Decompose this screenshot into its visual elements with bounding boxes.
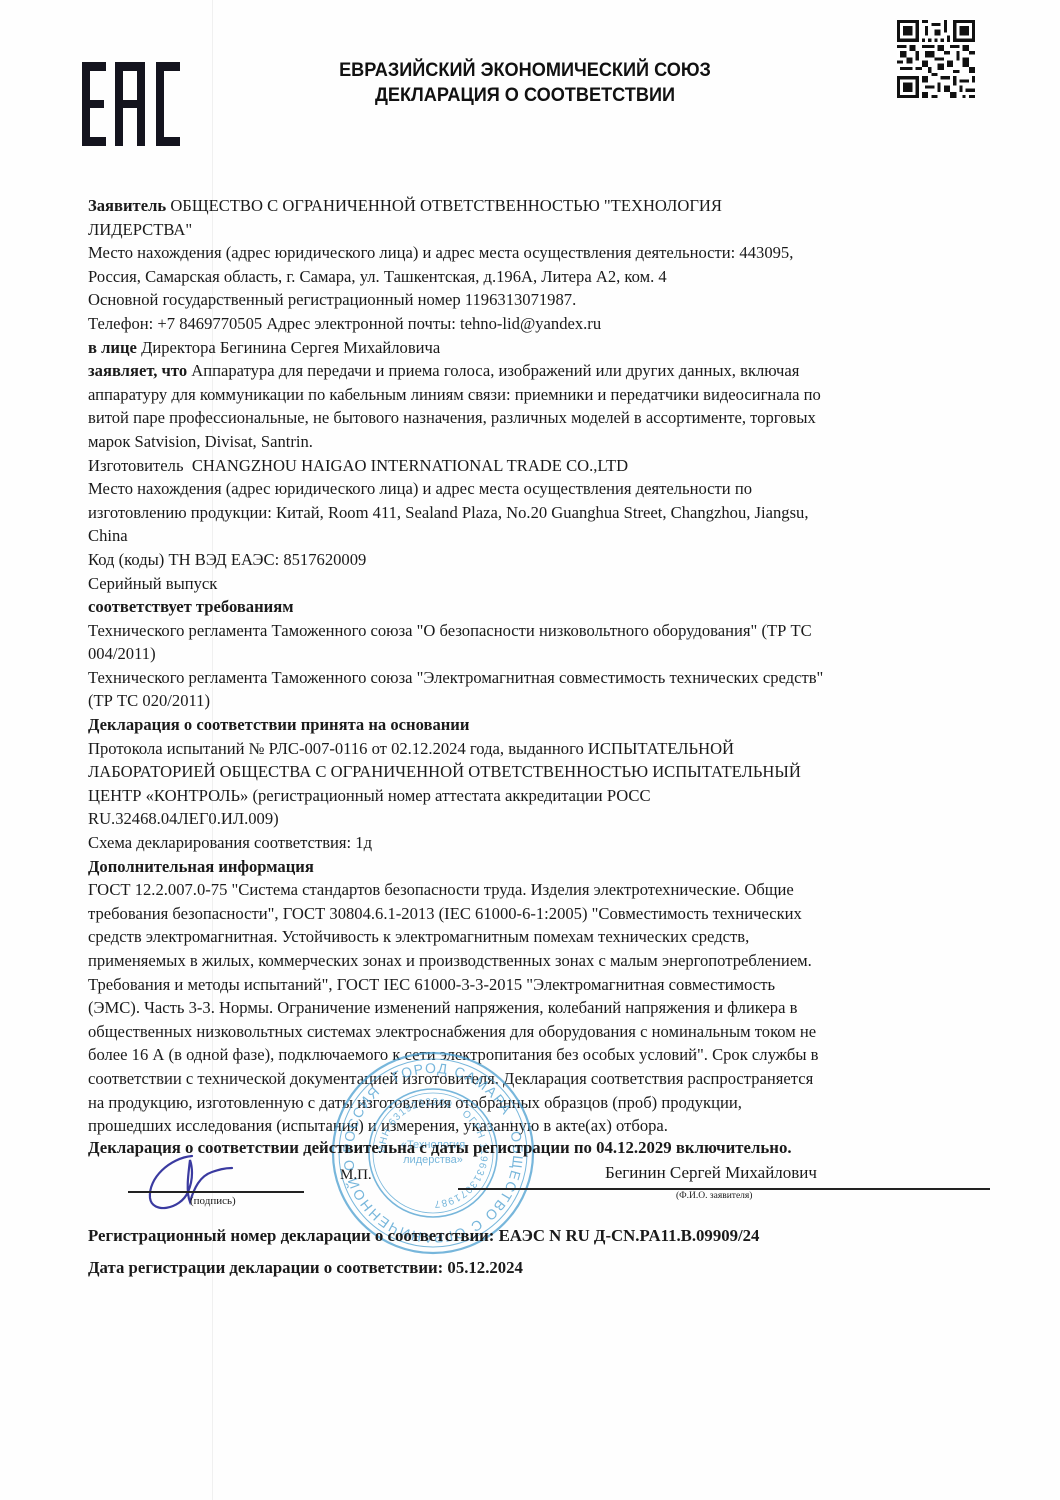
title-union: ЕВРАЗИЙСКИЙ ЭКОНОМИЧЕСКИЙ СОЮЗ bbox=[260, 58, 790, 83]
document-title: ЕВРАЗИЙСКИЙ ЭКОНОМИЧЕСКИЙ СОЮЗ ДЕКЛАРАЦИ… bbox=[260, 58, 790, 108]
applicant-full-name: Бегинин Сергей Михайлович bbox=[605, 1163, 817, 1183]
requirement-2-line-1: Технического регламента Таможенного союз… bbox=[88, 666, 988, 690]
declares-line-1: заявляет, что Аппаратура для передачи и … bbox=[88, 359, 988, 383]
declaration-scheme: Схема декларирования соответствия: 1д bbox=[88, 831, 988, 855]
applicant-address-2: Россия, Самарская область, г. Самара, ул… bbox=[88, 265, 988, 289]
hs-code: Код (коды) ТН ВЭД ЕАЭС: 8517620009 bbox=[88, 548, 988, 572]
additional-line-1: ГОСТ 12.2.007.0-75 "Система стандартов б… bbox=[88, 878, 988, 902]
manufacturer-line: Изготовитель CHANGZHOU HAIGAO INTERNATIO… bbox=[88, 454, 988, 478]
registration-number: Регистрационный номер декларации о соотв… bbox=[88, 1226, 759, 1246]
additional-heading: Дополнительная информация bbox=[88, 855, 988, 879]
basis-line-2: ЛАБОРАТОРИЕЙ ОБЩЕСТВА С ОГРАНИЧЕННОЙ ОТВ… bbox=[88, 760, 988, 784]
full-name-caption: (Ф.И.О. заявителя) bbox=[676, 1191, 752, 1201]
registration-date: Дата регистрации декларации о соответств… bbox=[88, 1258, 523, 1278]
additional-line-6: (ЭМС). Часть 3-3. Нормы. Ограничение изм… bbox=[88, 996, 988, 1020]
declaration-body: Заявитель ОБЩЕСТВО С ОГРАНИЧЕННОЙ ОТВЕТС… bbox=[88, 194, 988, 1138]
applicant-contacts: Телефон: +7 8469770505 Адрес электронной… bbox=[88, 312, 988, 336]
manufacturer-name: CHANGZHOU HAIGAO INTERNATIONAL TRADE CO.… bbox=[192, 456, 628, 475]
applicant-name-cont: ЛИДЕРСТВА" bbox=[88, 218, 988, 242]
additional-line-7: общественных низковольтных системах элек… bbox=[88, 1020, 988, 1044]
additional-line-5: Требования и методы испытаний", ГОСТ IEC… bbox=[88, 973, 988, 997]
declares-line-3: витой паре профессиональные, не бытового… bbox=[88, 406, 988, 430]
declaration-page: ЕВРАЗИЙСКИЙ ЭКОНОМИЧЕСКИЙ СОЮЗ ДЕКЛАРАЦИ… bbox=[0, 0, 1060, 1500]
requirement-2-line-2: (ТР ТС 020/2011) bbox=[88, 689, 988, 713]
qr-code-icon[interactable] bbox=[897, 20, 975, 98]
applicant-line: Заявитель ОБЩЕСТВО С ОГРАНИЧЕННОЙ ОТВЕТС… bbox=[88, 194, 988, 218]
signature-line bbox=[128, 1191, 304, 1193]
full-name-line bbox=[458, 1188, 990, 1190]
declares-label: заявляет, что bbox=[88, 361, 187, 380]
declares-line-2: аппаратуру для коммуникации по кабельным… bbox=[88, 383, 988, 407]
additional-line-3: средств электромагнитная. Устойчивость к… bbox=[88, 925, 988, 949]
applicant-ogrn: Основной государственный регистрационный… bbox=[88, 288, 988, 312]
additional-line-2: требования безопасности", ГОСТ 30804.6.1… bbox=[88, 902, 988, 926]
requirement-1-line-1: Технического регламента Таможенного союз… bbox=[88, 619, 988, 643]
manufacturer-label: Изготовитель bbox=[88, 456, 184, 475]
represented-line: в лице Директора Бегинина Сергея Михайло… bbox=[88, 336, 988, 360]
basis-line-4: RU.32468.04ЛЕГ0.ИЛ.009) bbox=[88, 807, 988, 831]
applicant-label: Заявитель bbox=[88, 196, 166, 215]
represented-by: Директора Бегинина Сергея Михайловича bbox=[141, 338, 440, 357]
signature-caption: (подпись) bbox=[190, 1195, 236, 1207]
basis-heading: Декларация о соответствии принята на осн… bbox=[88, 713, 988, 737]
applicant-name: ОБЩЕСТВО С ОГРАНИЧЕННОЙ ОТВЕТСТВЕННОСТЬЮ… bbox=[170, 196, 722, 215]
basis-line-3: ЦЕНТР «КОНТРОЛЬ» (регистрационный номер … bbox=[88, 784, 988, 808]
additional-line-9: соответствии с технической документацией… bbox=[88, 1067, 988, 1091]
additional-line-11: прошедших исследования (испытания) и изм… bbox=[88, 1114, 988, 1138]
eac-logo-icon bbox=[82, 62, 180, 146]
applicant-address-1: Место нахождения (адрес юридического лиц… bbox=[88, 241, 988, 265]
manufacturer-address-2: изготовлению продукции: Китай, Room 411,… bbox=[88, 501, 988, 525]
additional-line-4: применяемых в жилых, коммерческих зонах … bbox=[88, 949, 988, 973]
represented-label: в лице bbox=[88, 338, 137, 357]
seal-place-label: М.П. bbox=[340, 1167, 372, 1184]
additional-line-10: на продукцию, изготовленную с даты изгот… bbox=[88, 1091, 988, 1115]
declares-line-4: марок Satvision, Divisat, Santrin. bbox=[88, 430, 988, 454]
title-declaration: ДЕКЛАРАЦИЯ О СООТВЕТСТВИИ bbox=[260, 83, 790, 108]
manufacturer-address-3: China bbox=[88, 524, 988, 548]
declares-text-1: Аппаратура для передачи и приема голоса,… bbox=[191, 361, 799, 380]
requirement-1-line-2: 004/2011) bbox=[88, 642, 988, 666]
additional-line-8: более 16 А (в одной фазе), подключаемого… bbox=[88, 1043, 988, 1067]
requirements-heading: соответствует требованиям bbox=[88, 595, 988, 619]
manufacturer-address-1: Место нахождения (адрес юридического лиц… bbox=[88, 477, 988, 501]
basis-line-1: Протокола испытаний № РЛС-007-0116 от 02… bbox=[88, 737, 988, 761]
production-type: Серийный выпуск bbox=[88, 572, 988, 596]
